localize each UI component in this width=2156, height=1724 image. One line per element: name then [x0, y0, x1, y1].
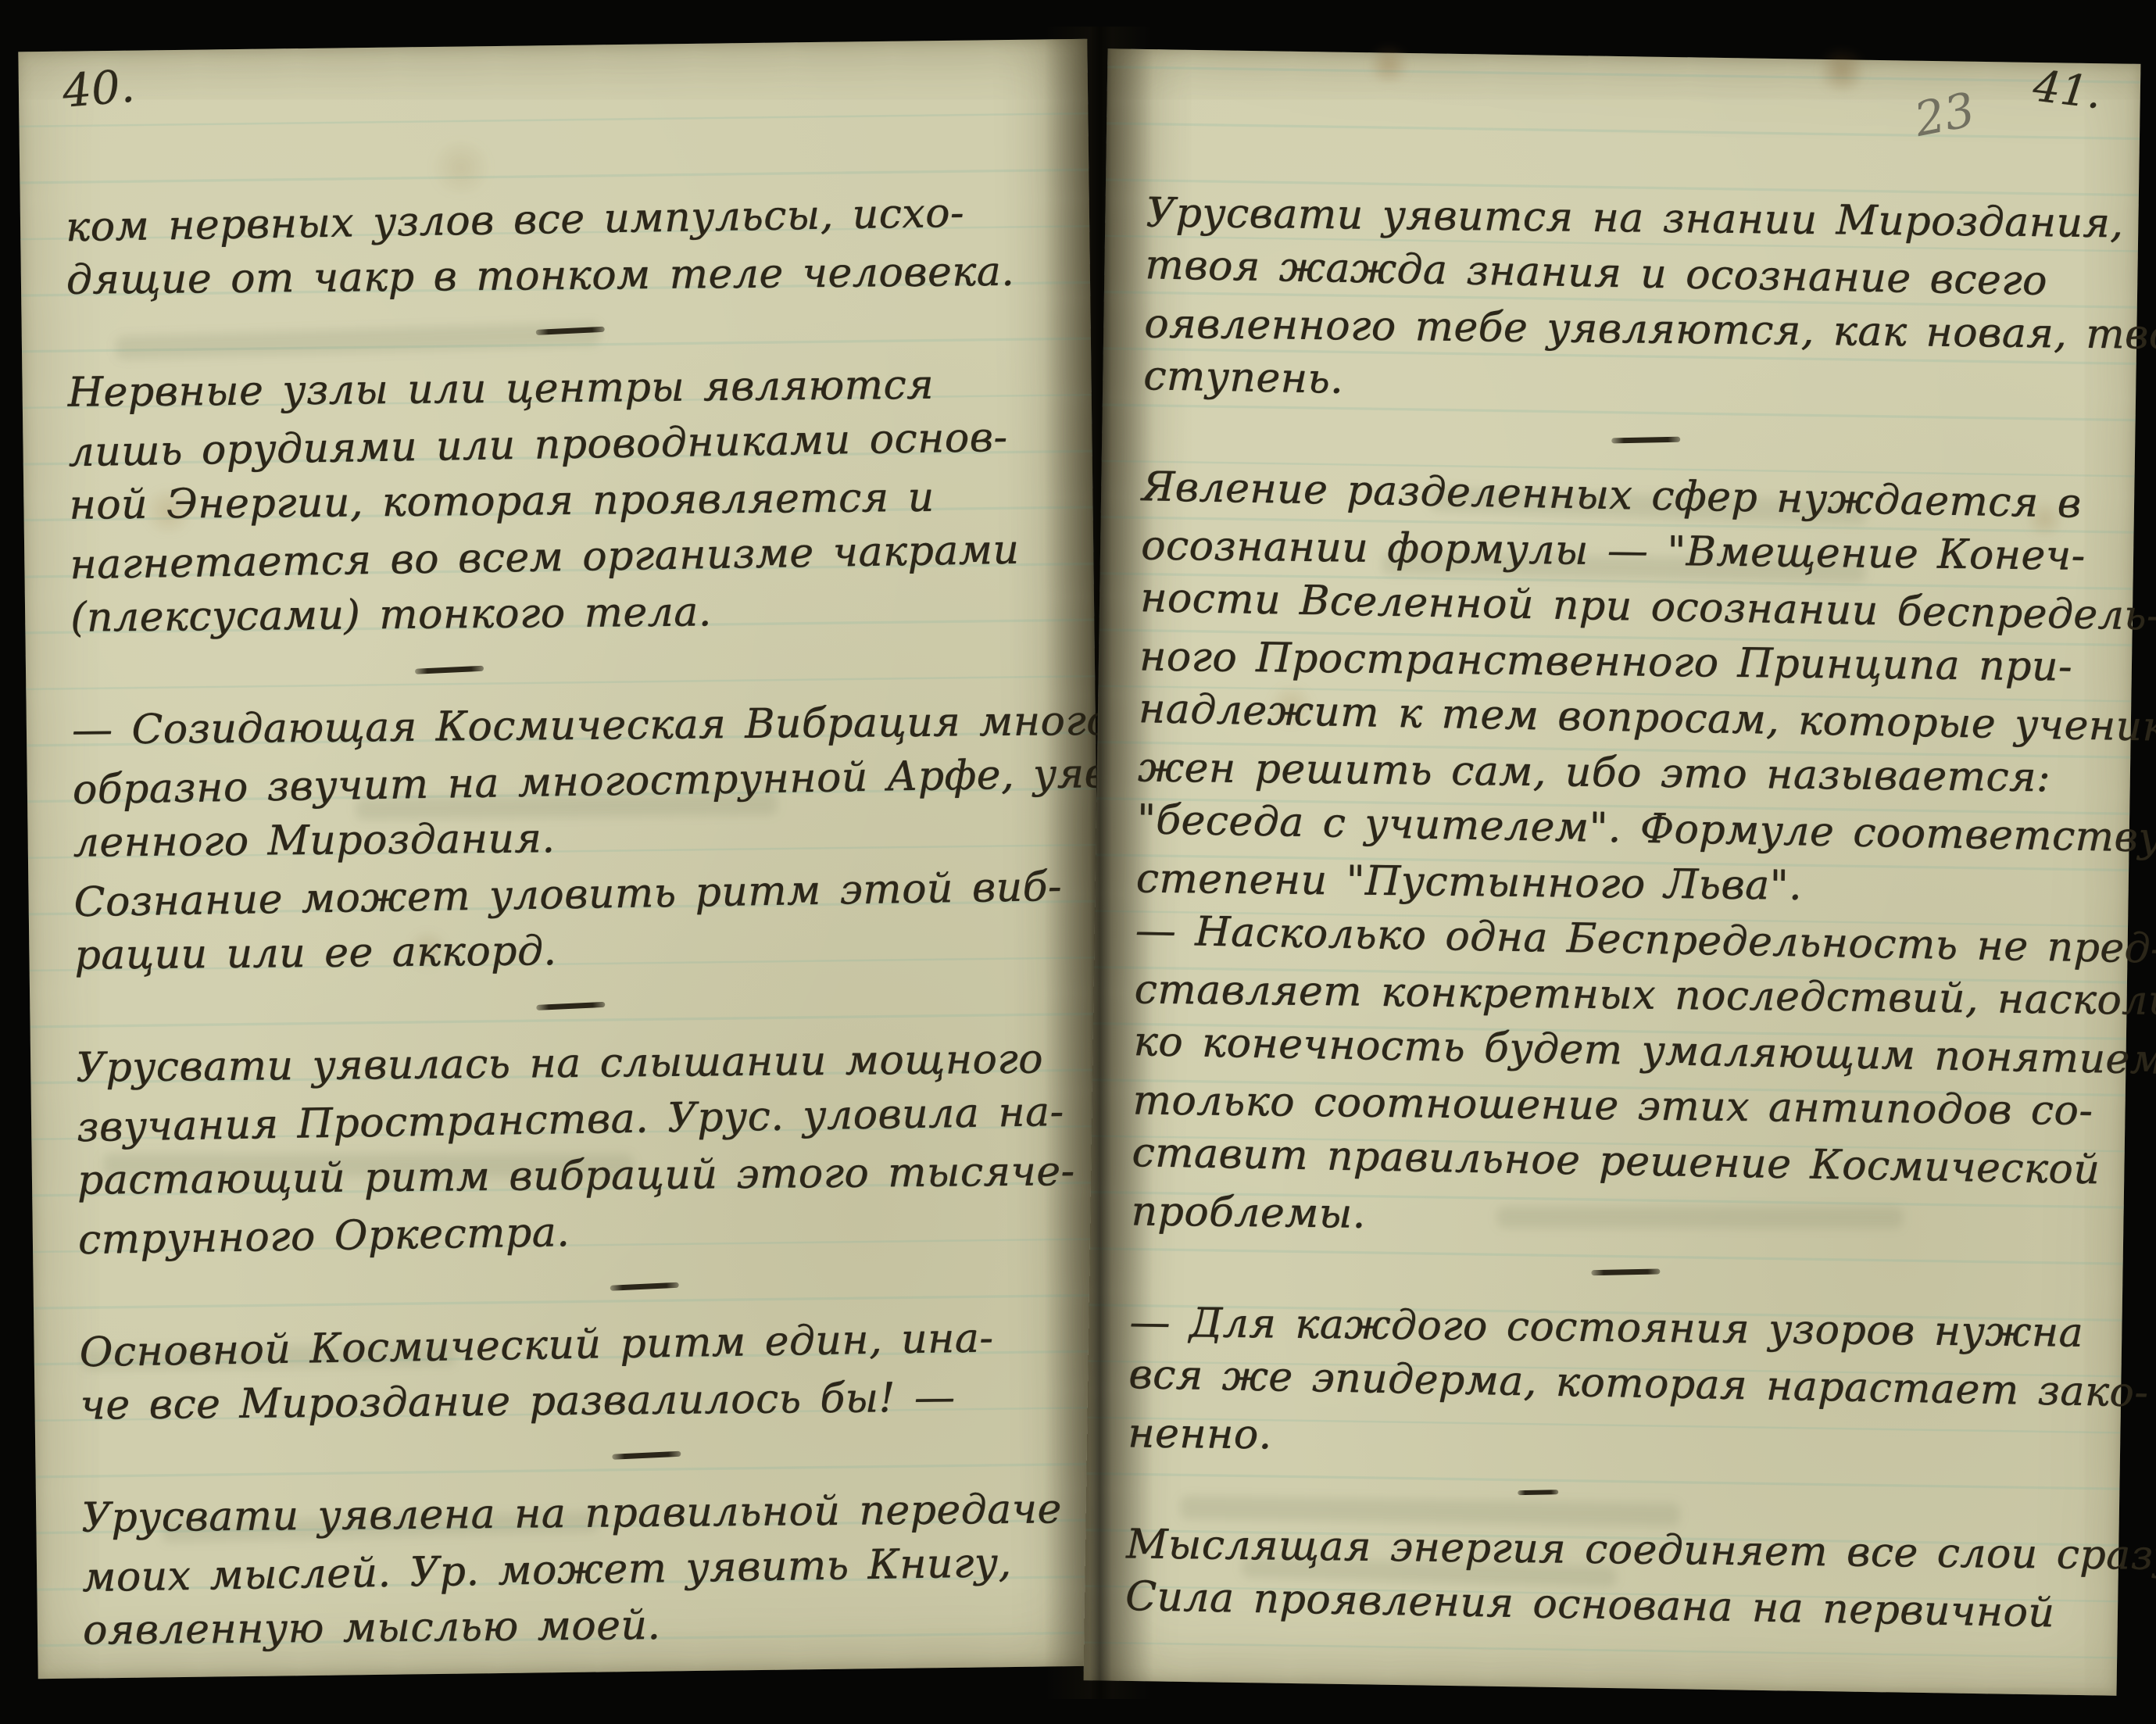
- separator-dash: [1611, 437, 1680, 444]
- separator-dash: [612, 1451, 681, 1460]
- paragraph-separator: [75, 971, 1079, 1040]
- right-page-text: Урусвати уявится на знании Мироздания, т…: [1084, 48, 2141, 1695]
- separator-dash: [1518, 1490, 1558, 1495]
- manuscript-line: рации или ее аккорд.: [74, 917, 1078, 982]
- separator-dash: [536, 1002, 605, 1010]
- separator-dash: [610, 1282, 679, 1291]
- manuscript-line: дящие от чакр в тонком теле человека.: [66, 241, 1071, 307]
- left-page-text: ком нервных узлов все импульсы, исхо- дя…: [18, 39, 1107, 1679]
- paragraph-separator: [66, 296, 1071, 365]
- paragraph-separator: [71, 634, 1075, 703]
- manuscript-line: оявленную мыслью моей.: [83, 1592, 1087, 1658]
- manuscript-spread-scan: 40. ком нервных узлов все импульсы, исхо…: [0, 0, 2156, 1724]
- manuscript-line: (плексусами) тонкого тела.: [70, 579, 1074, 645]
- separator-dash: [1591, 1268, 1660, 1275]
- separator-dash: [415, 666, 484, 674]
- left-page: 40. ком нервных узлов все импульсы, исхо…: [18, 39, 1107, 1679]
- manuscript-line: че все Мироздание развалилось бы! —: [80, 1367, 1084, 1432]
- paragraph-separator: [80, 1422, 1085, 1490]
- separator-dash: [536, 327, 605, 335]
- right-page: 41. 23 Урусвати уявится на знании Мирозд…: [1084, 48, 2141, 1695]
